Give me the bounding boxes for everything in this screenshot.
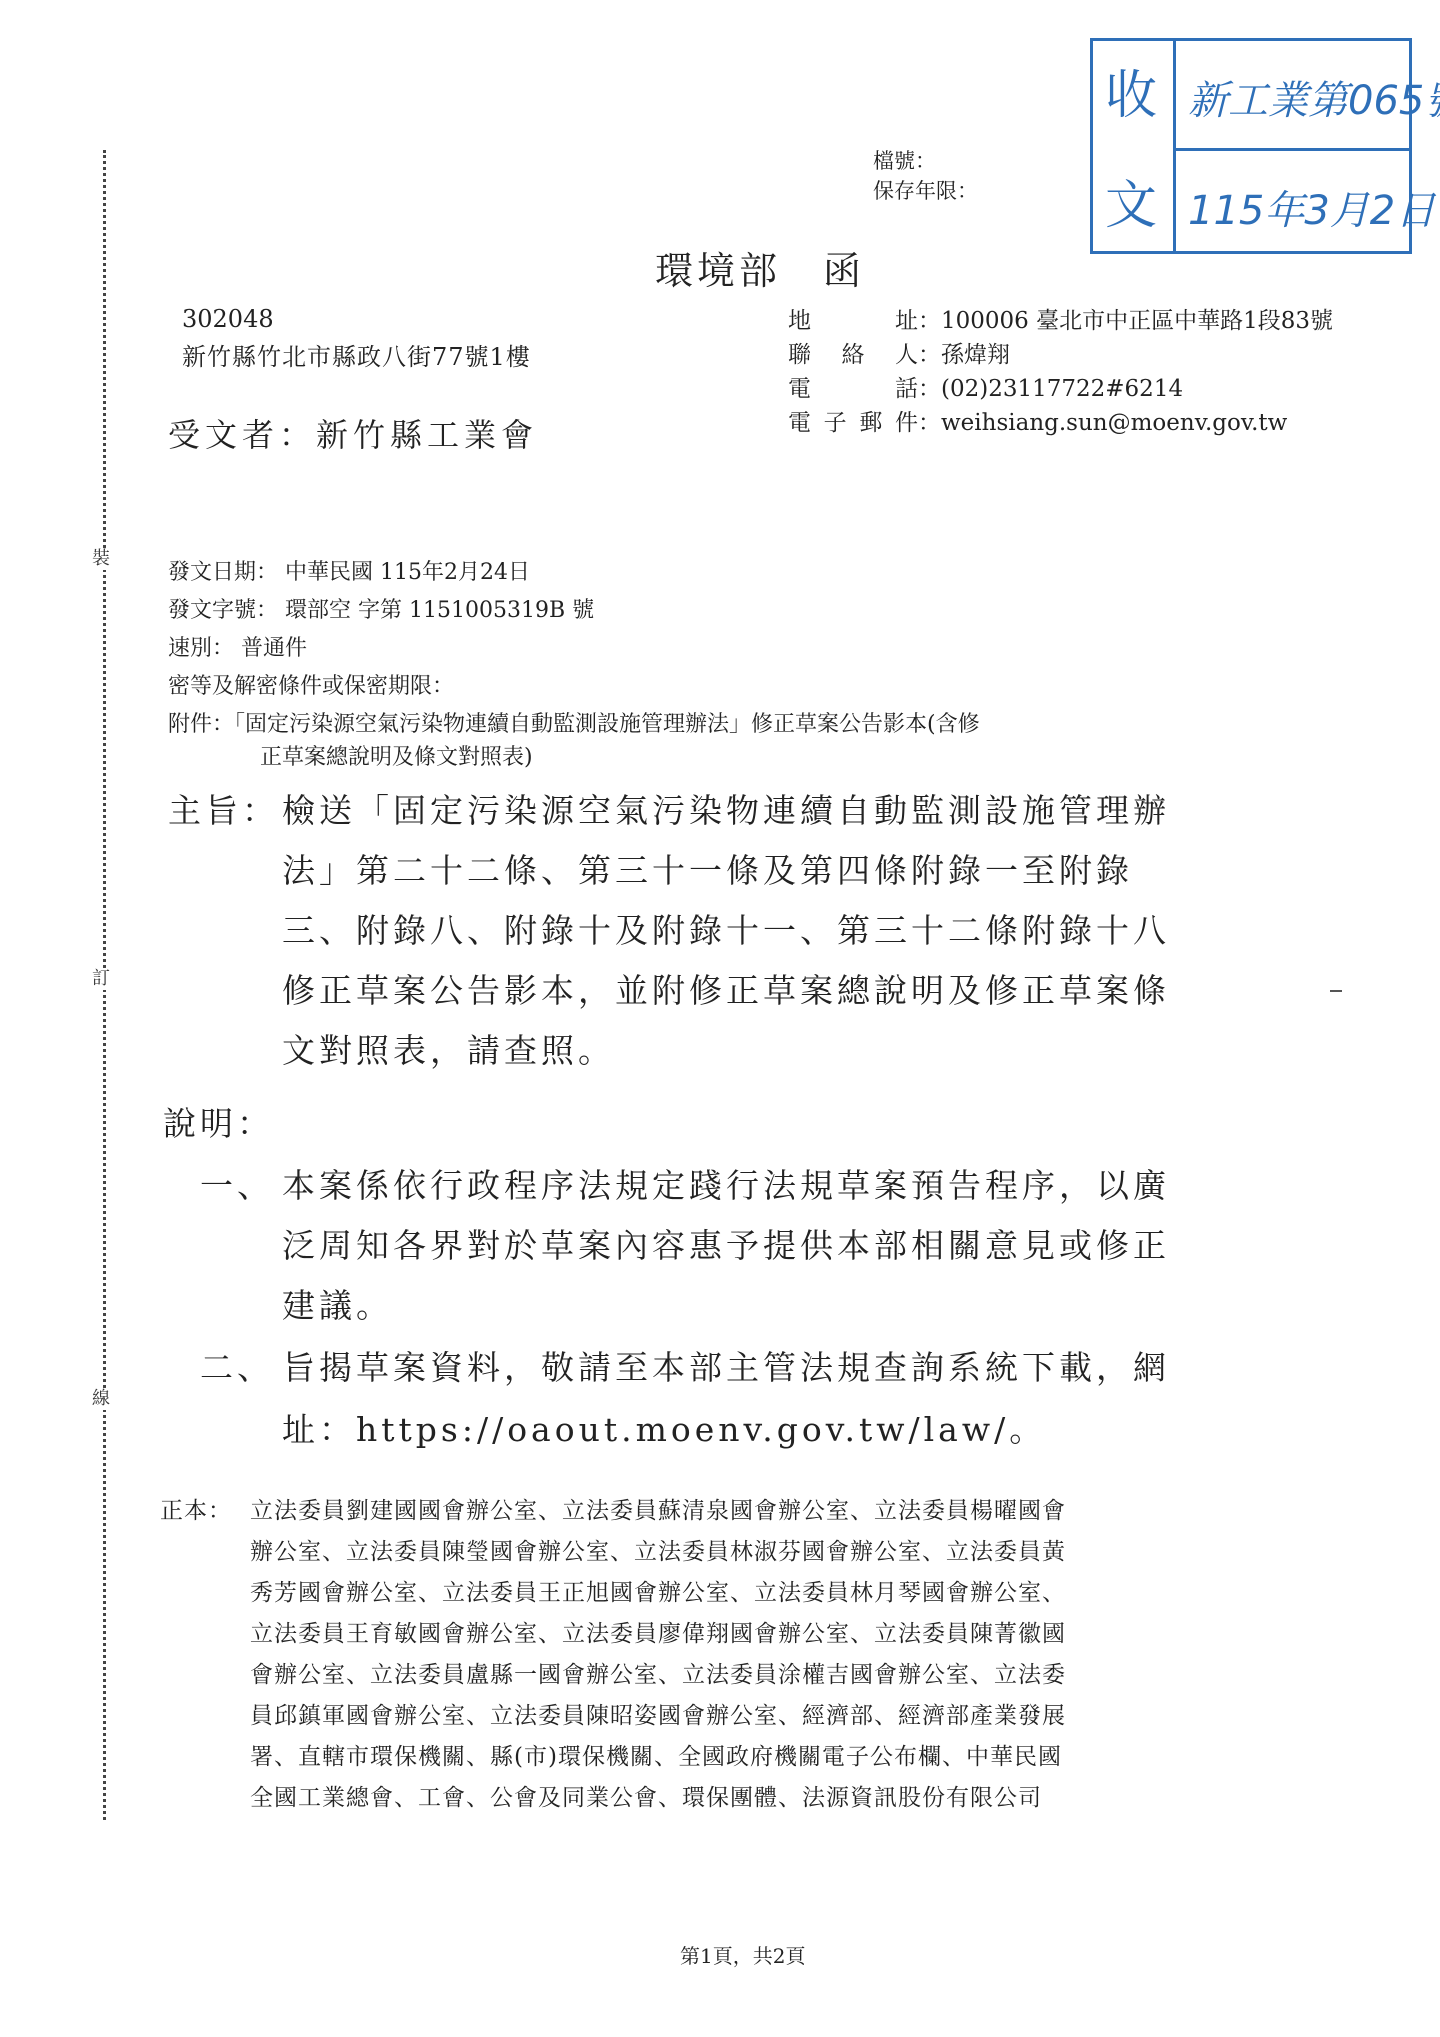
stamp-receipt-date: 115年3月2日: [1188, 179, 1435, 236]
page-number: 第1頁，共2頁: [680, 1940, 805, 1969]
subject-line: 三、附錄八、附錄十及附錄十一、第三十二條附錄十八: [282, 905, 1170, 952]
contact-person-value: ：孫煒翔: [918, 342, 1010, 368]
contact-phone-label: 電話: [788, 370, 918, 403]
retention-period-label: 保存年限：: [873, 175, 978, 205]
explanation-line: 址：https://oaout.moenv.gov.tw/law/。: [282, 1404, 1046, 1451]
contact-person: 聯絡人：孫煒翔: [788, 336, 1010, 369]
explanation-line: 旨揭草案資料，敬請至本部主管法規查詢系統下載，網: [282, 1342, 1170, 1389]
attachment-line-1: 附件：「固定污染源空氣污染物連續自動監測設施管理辦法」修正草案公告影本(含修: [168, 707, 980, 738]
copies-line: 辦公室、立法委員陳瑩國會辦公室、立法委員林淑芬國會辦公室、立法委員黃: [250, 1533, 1066, 1566]
contact-email-value: ：weihsiang.sun@moenv.gov.tw: [918, 410, 1287, 436]
stamp-receipt-number: 新工業第065號: [1188, 69, 1440, 126]
copies-line: 署、直轄市環保機關、縣(市)環保機關、全國政府機關電子公布欄、中華民國: [250, 1738, 1062, 1771]
contact-phone: 電話：(02)23117722#6214: [788, 370, 1183, 403]
contact-address: 地址：100006 臺北市中正區中華路1段83號: [788, 302, 1333, 335]
issue-date: 發文日期： 中華民國 115年2月24日: [168, 555, 530, 586]
contact-email-label: 電子郵件: [788, 404, 918, 437]
stamp-label-bottom: 文: [1105, 163, 1157, 238]
copies-line: 全國工業總會、工會、公會及同業公會、環保團體、法源資訊股份有限公司: [250, 1779, 1042, 1812]
attachment-line-2: 正草案總說明及條文對照表): [260, 740, 533, 771]
contact-phone-value: ：(02)23117722#6214: [918, 376, 1183, 402]
secrecy-level: 密等及解密條件或保密期限：: [168, 669, 454, 700]
copies-line: 立法委員劉建國國會辦公室、立法委員蘇清泉國會辦公室、立法委員楊曜國會: [250, 1492, 1066, 1525]
explanation-line: 本案係依行政程序法規定踐行法規草案預告程序，以廣: [282, 1160, 1170, 1207]
postal-code: 302048: [182, 305, 274, 333]
copies-line: 秀芳國會辦公室、立法委員王正旭國會辦公室、立法委員林月琴國會辦公室、: [250, 1574, 1066, 1607]
delivery-speed: 速別： 普通件: [168, 631, 307, 662]
subject-line: 法」第二十二條、第三十一條及第四條附錄一至附錄: [282, 845, 1133, 892]
subject-line: 檢送「固定污染源空氣污染物連續自動監測設施管理辦: [282, 785, 1170, 832]
receipt-stamp: 收 文 新工業第065號 115年3月2日: [1090, 38, 1412, 254]
stamp-divider: [1173, 148, 1409, 151]
binding-mark-zhuang: 裝: [92, 548, 110, 570]
subject-label: 主旨：: [168, 785, 279, 832]
contact-address-label: 地址: [788, 302, 918, 335]
binding-mark-ding: 訂: [92, 968, 110, 990]
file-number-label: 檔號：: [873, 145, 936, 175]
copies-line: 員邱鎮軍國會辦公室、立法委員陳昭姿國會辦公室、經濟部、經濟部產業發展: [250, 1697, 1066, 1730]
explanation-marker-2: 二、: [200, 1342, 274, 1389]
contact-person-label: 聯絡人: [788, 336, 918, 369]
explanation-line: 泛周知各界對於草案內容惠予提供本部相關意見或修正: [282, 1220, 1170, 1267]
subject-line: 文對照表，請查照。: [282, 1025, 615, 1072]
stamp-label-column: 收 文: [1093, 41, 1176, 251]
subject-line: 修正草案公告影本，並附修正草案總說明及修正草案條: [282, 965, 1170, 1012]
scan-mark: [1330, 990, 1342, 992]
document-number: 發文字號： 環部空 字第 1151005319B 號: [168, 593, 594, 624]
contact-address-value: ：100006 臺北市中正區中華路1段83號: [918, 308, 1333, 334]
document-title: 環境部 函: [655, 240, 865, 295]
explanation-marker-1: 一、: [200, 1160, 274, 1207]
explanation-label: 說明：: [163, 1098, 274, 1145]
recipient: 受文者：新竹縣工業會: [168, 410, 538, 456]
copies-label: 正本：: [160, 1492, 232, 1525]
binding-mark-xian: 線: [92, 1388, 110, 1410]
contact-email: 電子郵件：weihsiang.sun@moenv.gov.tw: [788, 404, 1287, 437]
copies-line: 會辦公室、立法委員盧縣一國會辦公室、立法委員涂權吉國會辦公室、立法委: [250, 1656, 1066, 1689]
stamp-label-top: 收: [1105, 53, 1157, 128]
explanation-line: 建議。: [282, 1280, 393, 1327]
recipient-address: 新竹縣竹北市縣政八街77號1樓: [182, 337, 531, 372]
copies-line: 立法委員王育敏國會辦公室、立法委員廖偉翔國會辦公室、立法委員陳菁徽國: [250, 1615, 1066, 1648]
